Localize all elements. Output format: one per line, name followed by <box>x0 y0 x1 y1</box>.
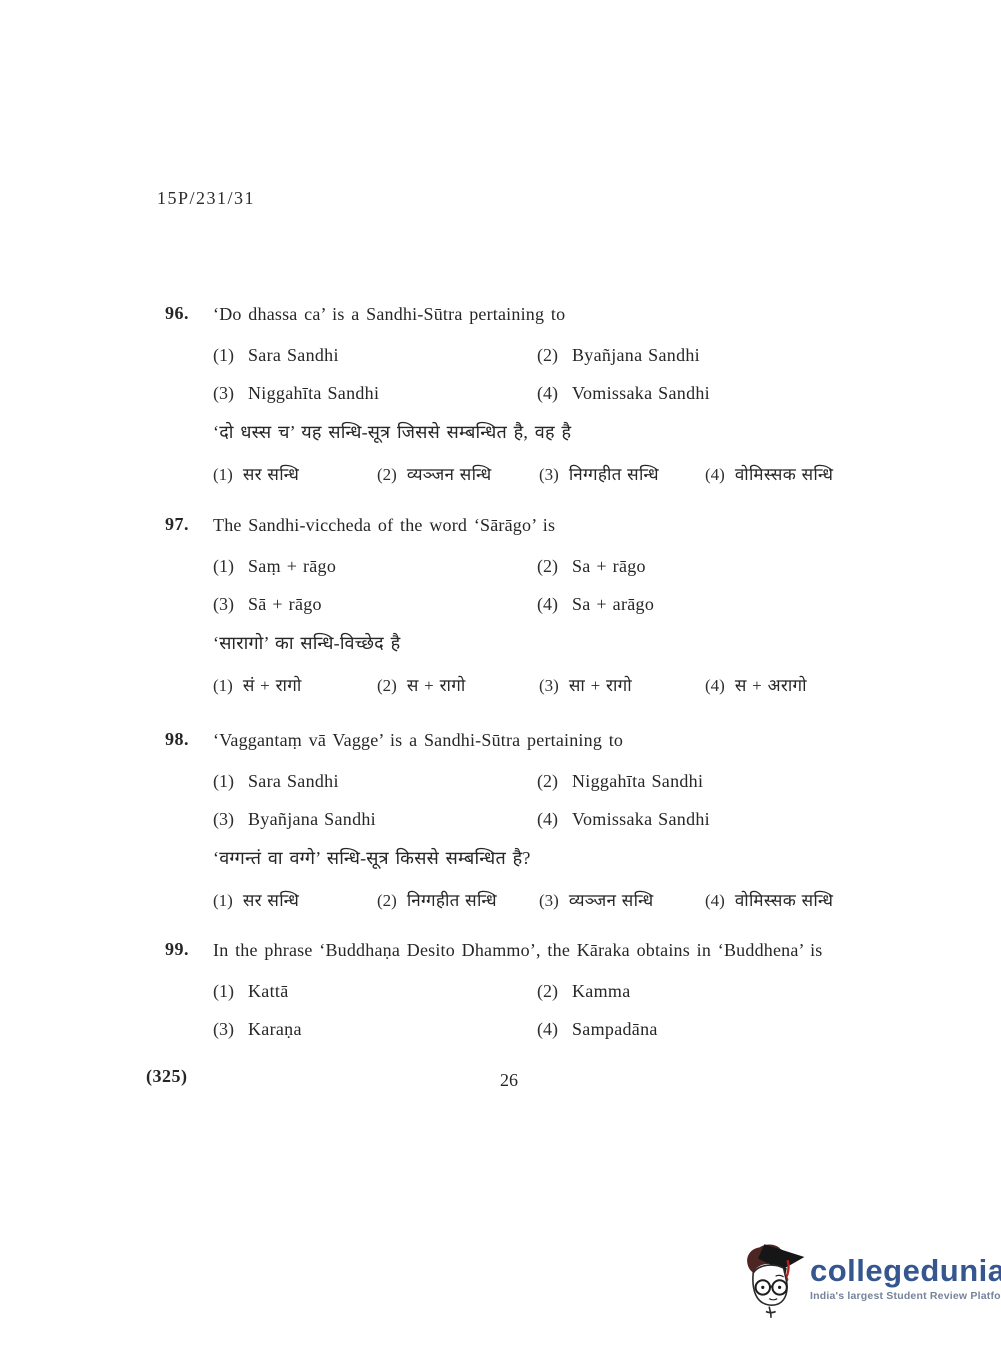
question-text-hindi: ‘दो धस्स च’ यह सन्धि-सूत्र जिससे सम्बन्ध… <box>165 420 885 444</box>
question-96: 96. ‘Do dhassa ca’ is a Sandhi-Sūtra per… <box>165 303 885 501</box>
logo-brand-text: collegedunia <box>810 1256 1001 1286</box>
option-label: वोमिस्सक सन्धि <box>735 889 833 912</box>
question-text-hindi: ‘वग्गन्तं वा वग्गे’ सन्धि-सूत्र किससे सम… <box>165 846 885 870</box>
option-number: (4) <box>537 1018 558 1041</box>
option-number: (4) <box>705 889 725 912</box>
question-line: 97. The Sandhi-viccheda of the word ‘Sār… <box>165 514 885 537</box>
scanned-exam-page: 15P/231/31 96. ‘Do dhassa ca’ is a Sandh… <box>0 0 1001 1356</box>
option-label: Byañjana Sandhi <box>248 808 376 831</box>
options-row-english: (3) Niggahīta Sandhi (4) Vomissaka Sandh… <box>165 382 885 405</box>
option-label: Sa + arāgo <box>572 593 654 616</box>
options-row-hindi: (1) सं + रागो (2) स + रागो (3) सा + रागो… <box>165 674 885 697</box>
option-number: (4) <box>705 674 725 697</box>
option-number: (1) <box>213 344 234 367</box>
option-number: (4) <box>537 593 558 616</box>
option-label: सा + रागो <box>569 674 632 697</box>
question-text-english: ‘Vaggantaṃ vā Vagge’ is a Sandhi-Sūtra p… <box>213 729 623 752</box>
option-label: सर सन्धि <box>243 889 299 912</box>
option: (4) Vomissaka Sandhi <box>537 382 710 405</box>
option: (2) Niggahīta Sandhi <box>537 770 703 793</box>
option: (4) स + अरागो <box>705 674 807 697</box>
question-line: 96. ‘Do dhassa ca’ is a Sandhi-Sūtra per… <box>165 303 885 326</box>
option: (3) Sā + rāgo <box>213 593 537 616</box>
options-row-hindi: (1) सर सन्धि (2) निग्गहीत सन्धि (3) व्यञ… <box>165 889 885 912</box>
option: (2) व्यञ्जन सन्धि <box>377 463 539 486</box>
option-number: (3) <box>213 1018 234 1041</box>
option-label: व्यञ्जन सन्धि <box>407 463 492 486</box>
option: (2) Byañjana Sandhi <box>537 344 700 367</box>
graduate-boy-mascot-icon <box>742 1240 806 1322</box>
option-label: Kamma <box>572 980 630 1003</box>
option: (1) Saṃ + rāgo <box>213 555 537 578</box>
question-99: 99. In the phrase ‘Buddhaṇa Desito Dhamm… <box>165 939 885 1056</box>
question-number: 97. <box>165 514 213 537</box>
options-row-english: (1) Sara Sandhi (2) Niggahīta Sandhi <box>165 770 885 793</box>
option-number: (2) <box>537 555 558 578</box>
option: (3) Niggahīta Sandhi <box>213 382 537 405</box>
option: (2) Sa + rāgo <box>537 555 646 578</box>
option: (3) निग्गहीत सन्धि <box>539 463 705 486</box>
option-number: (1) <box>213 770 234 793</box>
option-number: (4) <box>537 382 558 405</box>
option: (2) Kamma <box>537 980 630 1003</box>
option-label: Sa + rāgo <box>572 555 646 578</box>
question-97: 97. The Sandhi-viccheda of the word ‘Sār… <box>165 514 885 712</box>
option: (4) Vomissaka Sandhi <box>537 808 710 831</box>
options-row-english: (1) Sara Sandhi (2) Byañjana Sandhi <box>165 344 885 367</box>
option-label: Sara Sandhi <box>248 344 339 367</box>
option: (1) सर सन्धि <box>213 463 377 486</box>
option-label: Saṃ + rāgo <box>248 555 336 578</box>
option: (1) Sara Sandhi <box>213 770 537 793</box>
collegedunia-logo: collegedunia .com India's largest Studen… <box>742 1240 1001 1322</box>
option-number: (3) <box>213 593 234 616</box>
page-number: 26 <box>500 1070 518 1091</box>
question-text-english: The Sandhi-viccheda of the word ‘Sārāgo’… <box>213 514 555 537</box>
question-text-english: ‘Do dhassa ca’ is a Sandhi-Sūtra pertain… <box>213 303 565 326</box>
option: (3) व्यञ्जन सन्धि <box>539 889 705 912</box>
option-label: व्यञ्जन सन्धि <box>569 889 654 912</box>
option: (2) स + रागो <box>377 674 539 697</box>
option: (1) Sara Sandhi <box>213 344 537 367</box>
option-number: (1) <box>213 889 233 912</box>
option-number: (1) <box>213 980 234 1003</box>
options-row-hindi: (1) सर सन्धि (2) व्यञ्जन सन्धि (3) निग्ग… <box>165 463 885 486</box>
option: (1) Kattā <box>213 980 537 1003</box>
option-number: (2) <box>377 889 397 912</box>
option-label: Sā + rāgo <box>248 593 322 616</box>
option: (3) सा + रागो <box>539 674 705 697</box>
options-row-english: (3) Sā + rāgo (4) Sa + arāgo <box>165 593 885 616</box>
question-number: 98. <box>165 729 213 752</box>
option-label: निग्गहीत सन्धि <box>407 889 497 912</box>
option-label: स + अरागो <box>735 674 807 697</box>
option: (2) निग्गहीत सन्धि <box>377 889 539 912</box>
question-number: 99. <box>165 939 213 962</box>
option: (4) वोमिस्सक सन्धि <box>705 463 833 486</box>
question-98: 98. ‘Vaggantaṃ vā Vagge’ is a Sandhi-Sūt… <box>165 729 885 927</box>
option: (1) सर सन्धि <box>213 889 377 912</box>
option-label: Niggahīta Sandhi <box>248 382 379 405</box>
option-label: Kattā <box>248 980 288 1003</box>
options-row-english: (3) Karaṇa (4) Sampadāna <box>165 1018 885 1041</box>
option-label: Byañjana Sandhi <box>572 344 700 367</box>
question-text-english: In the phrase ‘Buddhaṇa Desito Dhammo’, … <box>213 939 823 962</box>
option: (4) Sa + arāgo <box>537 593 654 616</box>
paper-code: 15P/231/31 <box>157 188 255 209</box>
option-number: (3) <box>539 674 559 697</box>
option-label: Sampadāna <box>572 1018 658 1041</box>
option-number: (1) <box>213 674 233 697</box>
option-number: (1) <box>213 555 234 578</box>
option-number: (2) <box>537 980 558 1003</box>
option-label: वोमिस्सक सन्धि <box>735 463 833 486</box>
option: (4) वोमिस्सक सन्धि <box>705 889 833 912</box>
option-number: (2) <box>537 770 558 793</box>
option-number: (2) <box>377 674 397 697</box>
option-label: Vomissaka Sandhi <box>572 808 710 831</box>
option-label: सं + रागो <box>243 674 302 697</box>
option: (1) सं + रागो <box>213 674 377 697</box>
option-number: (3) <box>539 889 559 912</box>
option-number: (3) <box>539 463 559 486</box>
question-number: 96. <box>165 303 213 326</box>
option: (4) Sampadāna <box>537 1018 658 1041</box>
logo-tagline: India's largest Student Review Platform <box>810 1290 1001 1302</box>
option-number: (2) <box>377 463 397 486</box>
option: (3) Karaṇa <box>213 1018 537 1041</box>
booklet-series-code: (325) <box>146 1066 188 1087</box>
option-label: स + रागो <box>407 674 466 697</box>
option-label: Sara Sandhi <box>248 770 339 793</box>
options-row-english: (1) Kattā (2) Kamma <box>165 980 885 1003</box>
option-number: (1) <box>213 463 233 486</box>
option-number: (4) <box>537 808 558 831</box>
option-label: Vomissaka Sandhi <box>572 382 710 405</box>
option-number: (3) <box>213 382 234 405</box>
option-number: (2) <box>537 344 558 367</box>
options-row-english: (1) Saṃ + rāgo (2) Sa + rāgo <box>165 555 885 578</box>
logo-brand-row: collegedunia .com <box>810 1256 1001 1287</box>
option-label: Niggahīta Sandhi <box>572 770 703 793</box>
question-line: 98. ‘Vaggantaṃ vā Vagge’ is a Sandhi-Sūt… <box>165 729 885 752</box>
question-text-hindi: ‘सारागो’ का सन्धि-विच्छेद है <box>165 631 885 655</box>
option-label: निग्गहीत सन्धि <box>569 463 659 486</box>
options-row-english: (3) Byañjana Sandhi (4) Vomissaka Sandhi <box>165 808 885 831</box>
option: (3) Byañjana Sandhi <box>213 808 537 831</box>
option-label: सर सन्धि <box>243 463 299 486</box>
question-line: 99. In the phrase ‘Buddhaṇa Desito Dhamm… <box>165 939 885 962</box>
option-label: Karaṇa <box>248 1018 302 1041</box>
option-number: (3) <box>213 808 234 831</box>
option-number: (4) <box>705 463 725 486</box>
logo-text-block: collegedunia .com India's largest Studen… <box>810 1240 1001 1302</box>
